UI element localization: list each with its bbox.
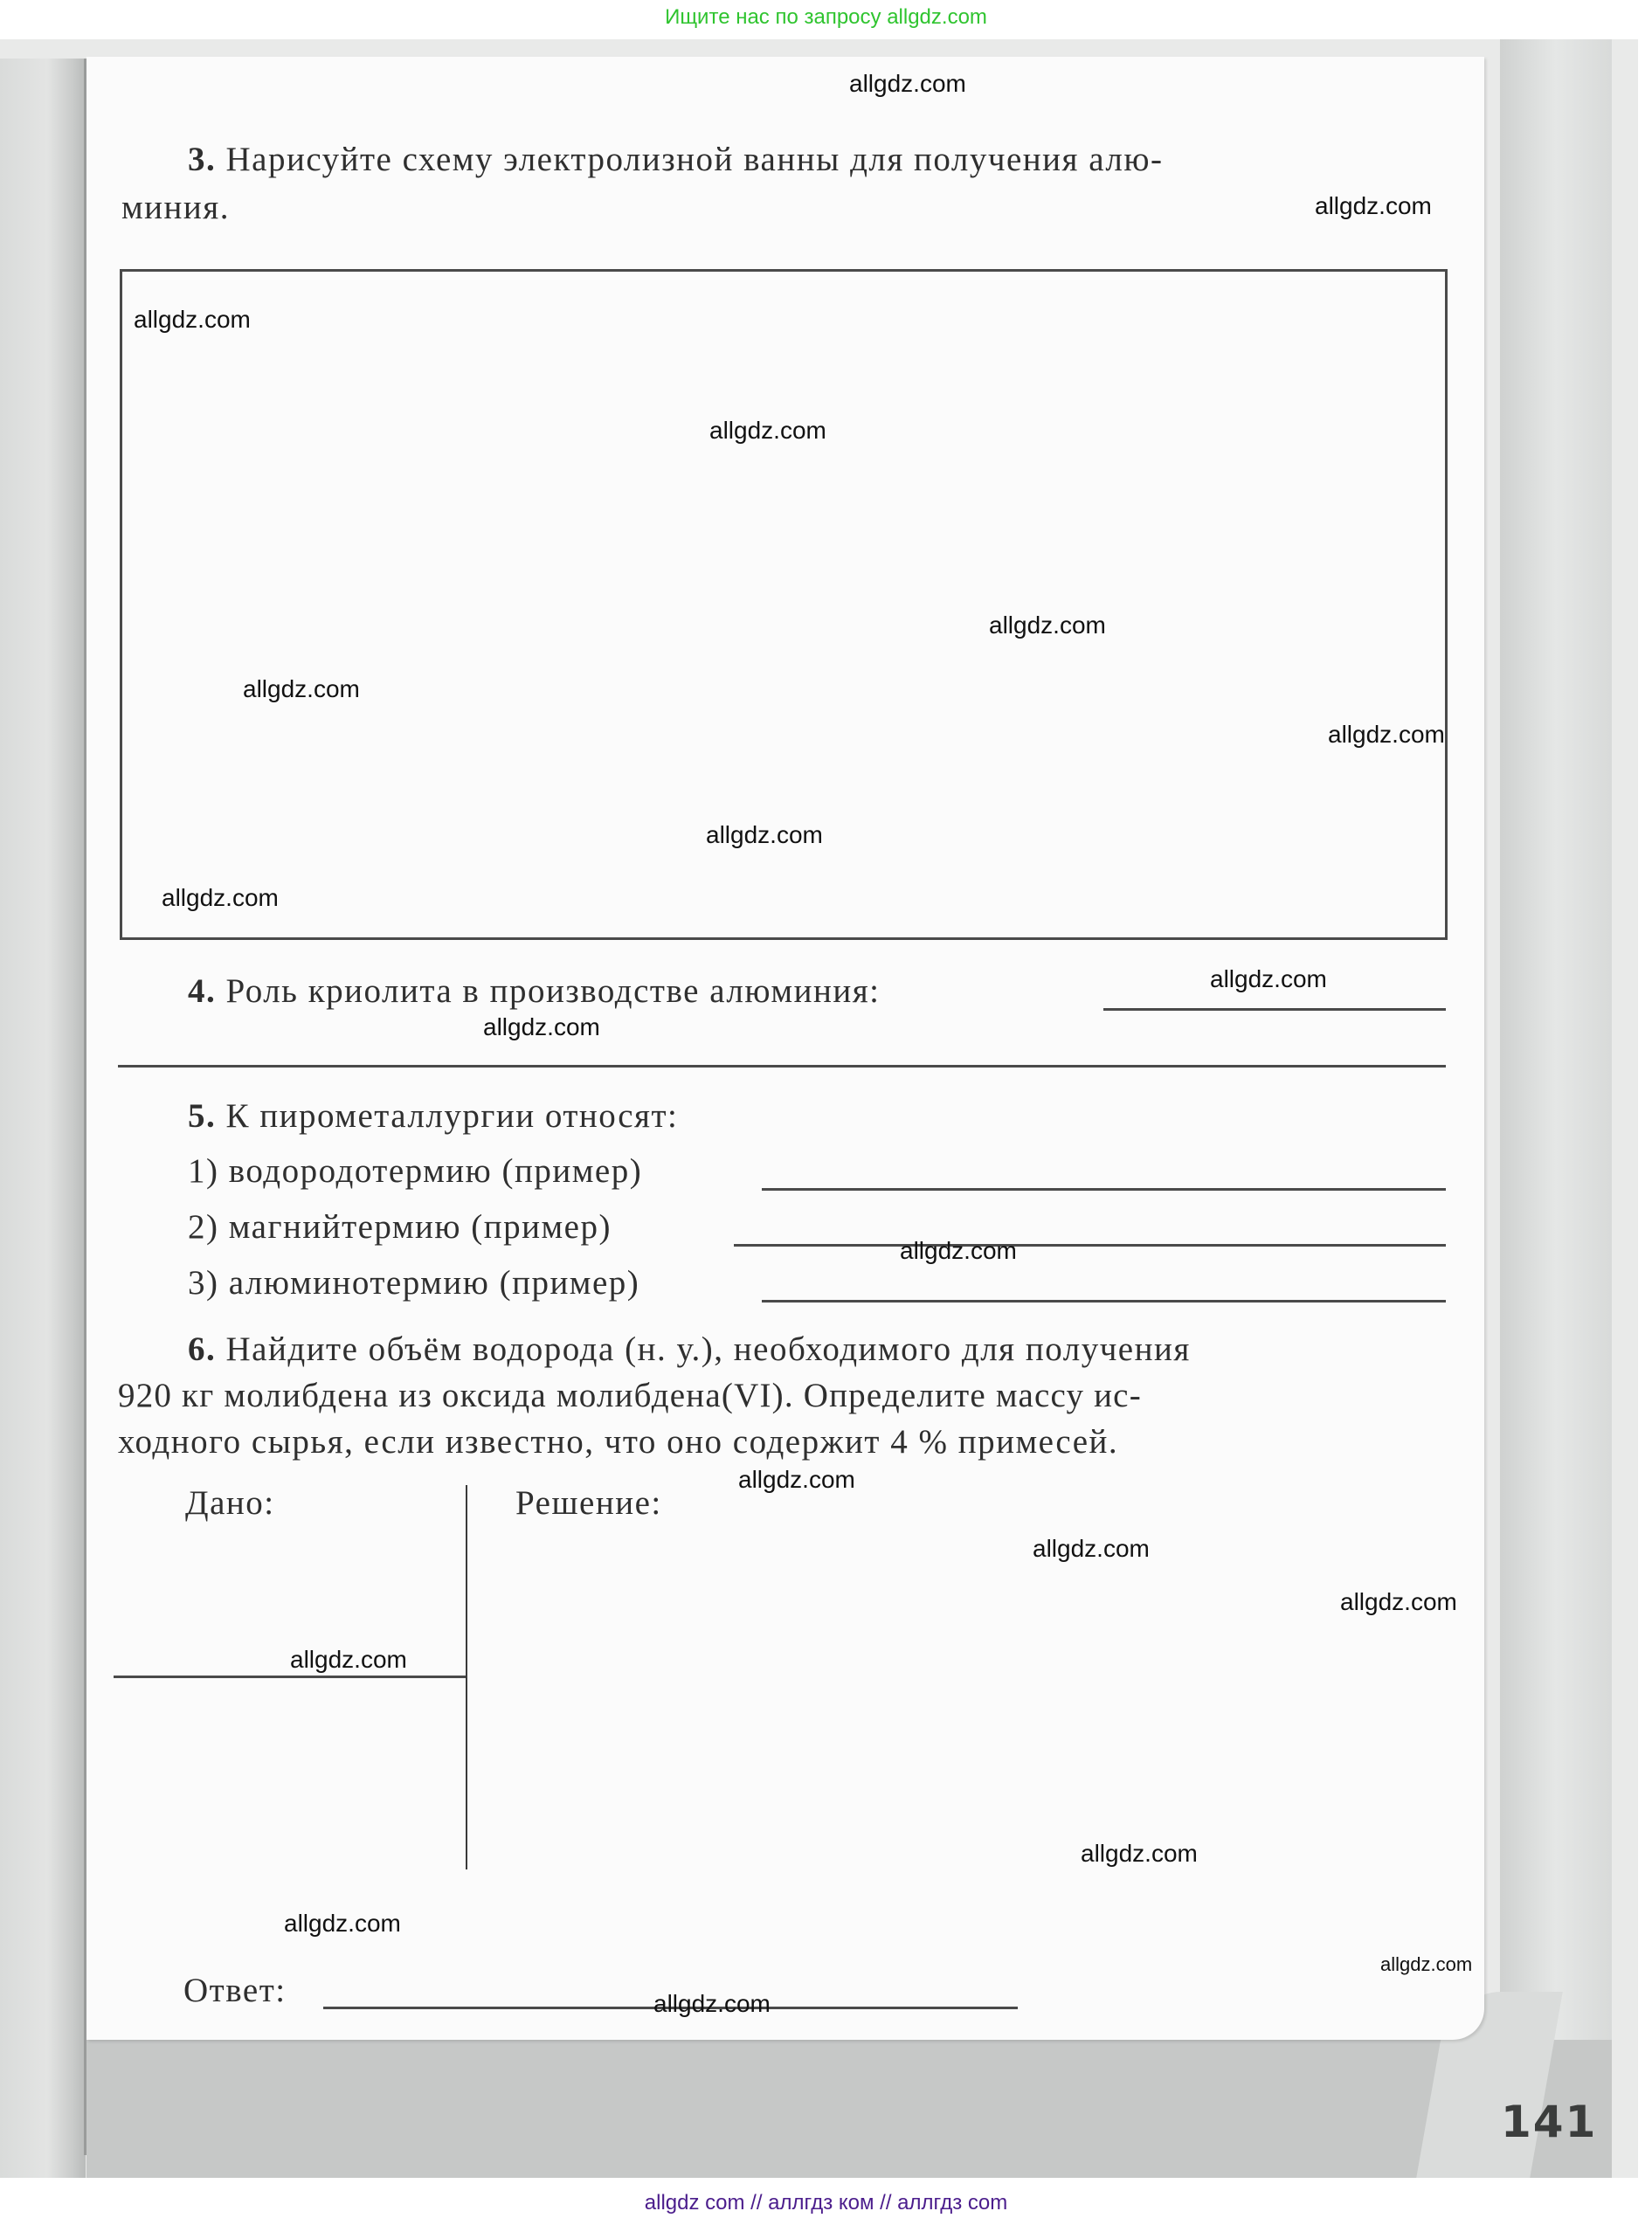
task5-number: 5. <box>188 1097 216 1135</box>
watermark: allgdz.com <box>284 1910 401 1938</box>
watermark: allgdz.com <box>290 1646 407 1674</box>
watermark: allgdz.com <box>243 675 360 703</box>
top-banner[interactable]: Ищите нас по запросу allgdz.com <box>0 0 1652 38</box>
given-underline <box>114 1676 466 1678</box>
watermark: allgdz.com <box>989 612 1106 639</box>
task6-number: 6. <box>188 1330 216 1368</box>
task4-answer-line2[interactable] <box>118 1065 1446 1068</box>
task4-number: 4. <box>188 972 216 1010</box>
watermark: allgdz.com <box>483 1013 600 1041</box>
task5-answer-line-3[interactable] <box>762 1300 1446 1303</box>
watermark: allgdz.com <box>1033 1535 1150 1563</box>
watermark: allgdz.com <box>1380 1953 1472 1976</box>
watermark: allgdz.com <box>134 306 251 334</box>
task4-text: Роль криолита в производстве алюминия: <box>226 972 881 1010</box>
watermark: allgdz.com <box>1328 721 1445 749</box>
watermark: allgdz.com <box>1340 1588 1457 1616</box>
watermark: allgdz.com <box>849 70 966 98</box>
task6-line1: 6. Найдите объём водорода (н. у.), необх… <box>188 1330 1191 1369</box>
watermark: allgdz.com <box>162 884 279 912</box>
book-spine <box>0 59 86 2178</box>
task6-line3: ходного сырья, если известно, что оно со… <box>118 1422 1118 1461</box>
task5-text: К пирометаллургии относят: <box>226 1097 679 1135</box>
task6-text: Найдите объём водорода (н. у.), необходи… <box>226 1330 1191 1368</box>
given-solution-divider <box>466 1485 467 1869</box>
page-edge-right <box>1500 39 1612 2178</box>
task4-question: 4. Роль криолита в производстве алюминия… <box>188 971 881 1011</box>
watermark: allgdz.com <box>738 1466 855 1494</box>
task3-line1: 3. Нарисуйте схему электролизной ванны д… <box>188 140 1163 179</box>
task3-number: 3. <box>188 141 216 178</box>
watermark: allgdz.com <box>709 417 826 445</box>
watermark: allgdz.com <box>706 821 823 849</box>
watermark: allgdz.com <box>653 1990 771 2018</box>
page-number: 141 <box>1501 2097 1597 2147</box>
watermark: allgdz.com <box>1081 1840 1198 1868</box>
task5-question: 5. К пирометаллургии относят: <box>188 1096 678 1136</box>
footer-links[interactable]: allgdz com // аллгдз ком // аллгдз com <box>0 2179 1652 2225</box>
task5-item-1: 1) водородотермию (пример) <box>188 1151 642 1191</box>
task5-answer-line-2[interactable] <box>734 1244 1446 1247</box>
task4-answer-line1[interactable] <box>1103 1008 1446 1011</box>
task5-item-2: 2) магнийтермию (пример) <box>188 1207 612 1247</box>
task5-answer-line-1[interactable] <box>762 1188 1446 1191</box>
task3-text: Нарисуйте схему электролизной ванны для … <box>226 141 1164 178</box>
task3-line2: миния. <box>121 188 230 227</box>
solution-label: Решение: <box>515 1483 662 1523</box>
given-label: Дано: <box>185 1483 275 1523</box>
task6-line2: 920 кг молибдена из оксида молибдена(VI)… <box>118 1376 1142 1415</box>
book-cover-area <box>86 2040 1612 2178</box>
answer-label: Ответ: <box>183 1971 287 2010</box>
task5-item-3: 3) алюминотермию (пример) <box>188 1263 639 1303</box>
watermark: allgdz.com <box>900 1237 1017 1265</box>
watermark: allgdz.com <box>1315 192 1432 220</box>
watermark: allgdz.com <box>1210 965 1327 993</box>
